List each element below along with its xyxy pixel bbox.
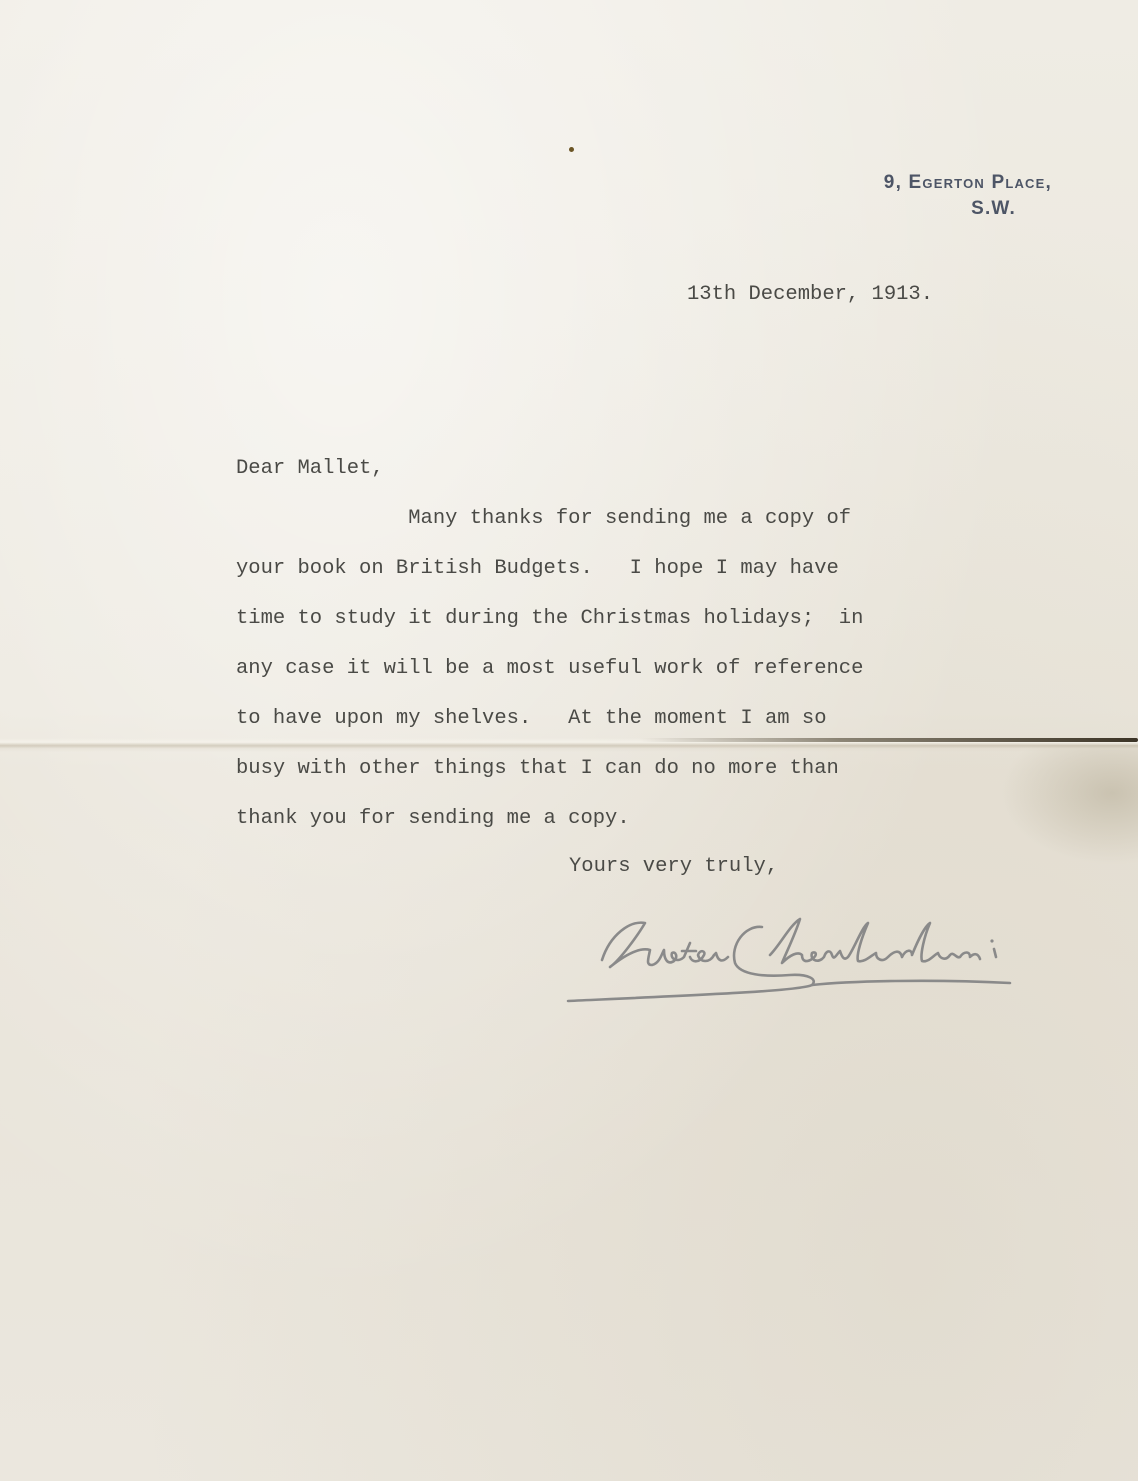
letter-date: 13th December, 1913. [687, 283, 933, 306]
salutation: Dear Mallet, [236, 457, 384, 480]
body-line: your book on British Budgets. I hope I m… [236, 557, 839, 580]
paper-speck [569, 147, 574, 152]
paper-stain [1000, 745, 1138, 865]
letter-page: 9, Egerton Place, S.W. 13th December, 19… [0, 0, 1138, 1481]
fold-crease-shadow [640, 738, 1138, 742]
body-line: busy with other things that I can do no … [236, 757, 839, 780]
signature-austen-chamberlain [550, 905, 1050, 1015]
body-line: time to study it during the Christmas ho… [236, 607, 863, 630]
letterhead-address: 9, Egerton Place, S.W. [884, 170, 1052, 222]
closing: Yours very truly, [569, 855, 778, 878]
body-line: Many thanks for sending me a copy of [236, 507, 851, 530]
letterhead-line-1: 9, Egerton Place, [884, 170, 1052, 196]
body-line: thank you for sending me a copy. [236, 807, 630, 830]
body-line: to have upon my shelves. At the moment I… [236, 707, 827, 730]
letterhead-line-2: S.W. [846, 196, 1016, 222]
body-line: any case it will be a most useful work o… [236, 657, 863, 680]
